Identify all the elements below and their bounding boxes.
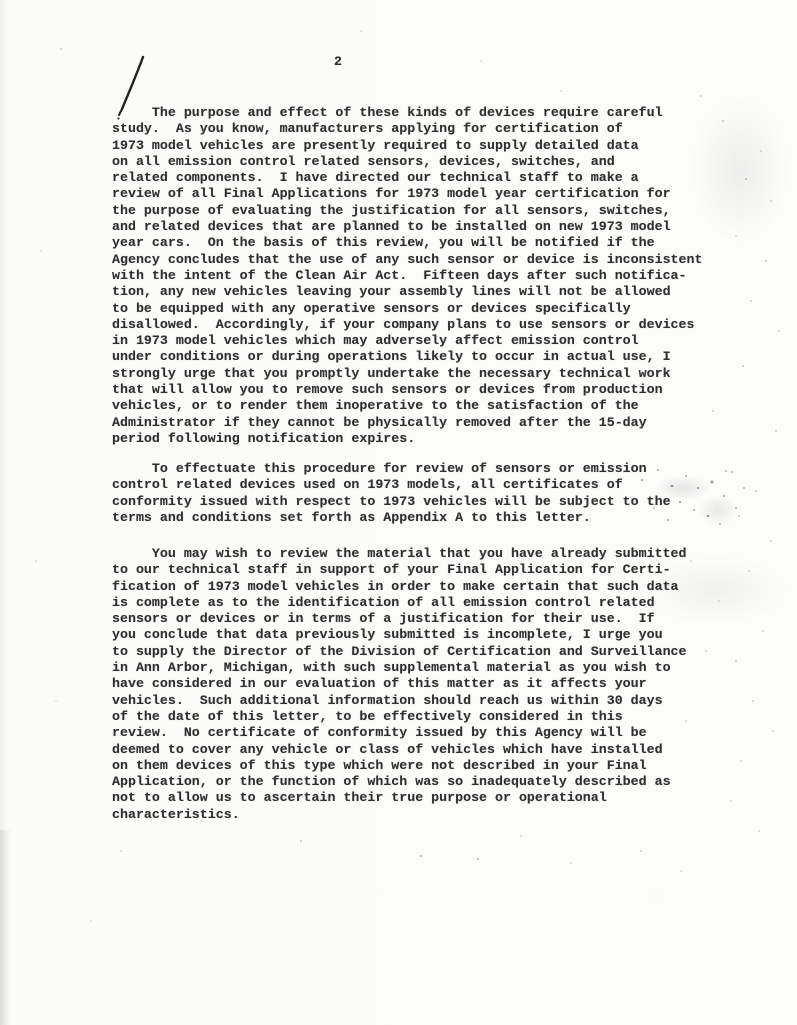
scanned-letter-page: 2 The purpose and effect of these kinds …: [0, 0, 797, 1025]
scan-edge-shadow: [0, 830, 12, 1025]
paragraph-3: You may wish to review the material that…: [112, 546, 720, 823]
paragraph-1: The purpose and effect of these kinds of…: [112, 105, 720, 447]
page-number: 2: [334, 54, 342, 70]
scan-noise-specks: [0, 0, 2, 2]
paragraph-2: To effectuate this procedure for review …: [112, 461, 720, 526]
